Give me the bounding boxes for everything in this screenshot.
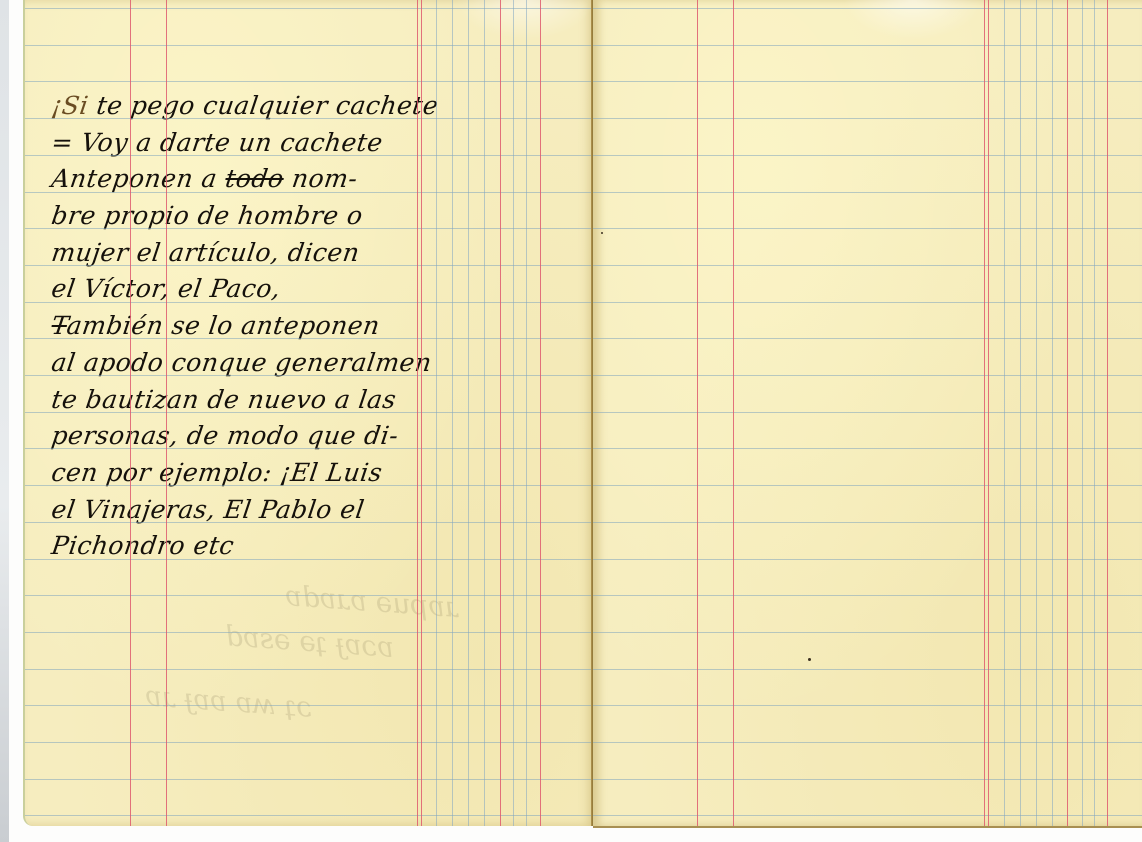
ruled-line xyxy=(25,228,595,229)
show-through-text: ɔʇ ʍɐ ɐɐɟ ɹɐ xyxy=(144,679,313,724)
ruled-line xyxy=(25,375,595,376)
red-margin-line xyxy=(697,0,698,826)
ruled-line xyxy=(25,448,595,449)
ruled-line xyxy=(25,265,595,266)
ruled-line xyxy=(593,522,1142,523)
red-margin-line xyxy=(733,0,734,826)
ruled-line xyxy=(593,155,1142,156)
inverted-exclamation-si: ¡Si xyxy=(50,91,91,120)
right-page xyxy=(593,0,1142,828)
ruled-line xyxy=(25,559,595,560)
ruled-line xyxy=(593,302,1142,303)
ruled-line xyxy=(25,522,595,523)
blue-column-line xyxy=(1094,0,1095,826)
ruled-line xyxy=(593,632,1142,633)
ruled-line xyxy=(593,375,1142,376)
blue-column-line xyxy=(1082,0,1083,826)
ruled-line xyxy=(25,81,595,82)
red-margin-line xyxy=(984,0,985,826)
ruled-line xyxy=(593,742,1142,743)
ruled-line xyxy=(25,45,595,46)
blue-column-line xyxy=(513,0,514,826)
ruled-line xyxy=(25,485,595,486)
show-through-text: ɹɐpuǝ ɐɹɐdɐ xyxy=(284,579,460,624)
red-margin-line xyxy=(1107,0,1108,826)
ruled-line xyxy=(25,118,595,119)
ruled-line xyxy=(25,779,595,780)
ruled-line xyxy=(25,412,595,413)
ruled-line xyxy=(593,8,1142,9)
red-margin-line xyxy=(988,0,989,826)
ruled-line xyxy=(593,412,1142,413)
red-margin-line xyxy=(417,0,418,826)
red-margin-line xyxy=(166,0,167,826)
paper-crease xyxy=(455,0,595,40)
ruled-line xyxy=(593,45,1142,46)
ruled-line xyxy=(25,155,595,156)
ruled-line xyxy=(25,595,595,596)
ruled-line xyxy=(25,338,595,339)
ruled-line xyxy=(25,669,595,670)
paper-crease xyxy=(843,0,983,40)
ruled-line xyxy=(593,228,1142,229)
ruled-line xyxy=(593,81,1142,82)
blue-column-line xyxy=(484,0,485,826)
red-margin-line xyxy=(421,0,422,826)
red-margin-line xyxy=(500,0,501,826)
red-margin-line xyxy=(130,0,131,826)
ruled-line xyxy=(593,118,1142,119)
ruled-line xyxy=(25,192,595,193)
ruled-line xyxy=(25,302,595,303)
struck-word: todo xyxy=(224,164,286,193)
ruled-line xyxy=(25,742,595,743)
ruled-line xyxy=(593,705,1142,706)
ruled-line xyxy=(593,448,1142,449)
ruled-line xyxy=(593,265,1142,266)
ruled-line xyxy=(25,632,595,633)
ruled-line xyxy=(25,815,595,816)
show-through-text: ɐɔɐɟ ʇǝ ǝsɐd xyxy=(224,619,395,664)
left-page: ɹɐpuǝ ɐɹɐdɐ ɐɔɐɟ ʇǝ ǝsɐd ɔʇ ʍɐ ɐɐɟ ɹɐ ¡S… xyxy=(23,0,595,826)
blue-column-line xyxy=(1052,0,1053,826)
red-margin-line xyxy=(540,0,541,826)
ruled-line xyxy=(593,669,1142,670)
ruled-line xyxy=(593,779,1142,780)
blue-column-line xyxy=(468,0,469,826)
ink-speck xyxy=(601,232,603,234)
ink-speck xyxy=(808,658,811,661)
ruled-line xyxy=(593,192,1142,193)
blue-column-line xyxy=(1036,0,1037,826)
blue-column-line xyxy=(436,0,437,826)
ruled-line xyxy=(593,595,1142,596)
ruled-line xyxy=(593,815,1142,816)
blue-column-line xyxy=(1020,0,1021,826)
ruled-line xyxy=(25,8,595,9)
red-margin-line xyxy=(1067,0,1068,826)
ruled-line xyxy=(25,705,595,706)
ruled-line xyxy=(593,559,1142,560)
blue-column-line xyxy=(1004,0,1005,826)
blue-column-line xyxy=(526,0,527,826)
ruled-line xyxy=(593,338,1142,339)
blue-column-line xyxy=(452,0,453,826)
notebook-spread: ɹɐpuǝ ɐɹɐdɐ ɐɔɐɟ ʇǝ ǝsɐd ɔʇ ʍɐ ɐɐɟ ɹɐ ¡S… xyxy=(23,0,1142,827)
ruled-line xyxy=(593,485,1142,486)
scanner-edge xyxy=(0,0,9,842)
